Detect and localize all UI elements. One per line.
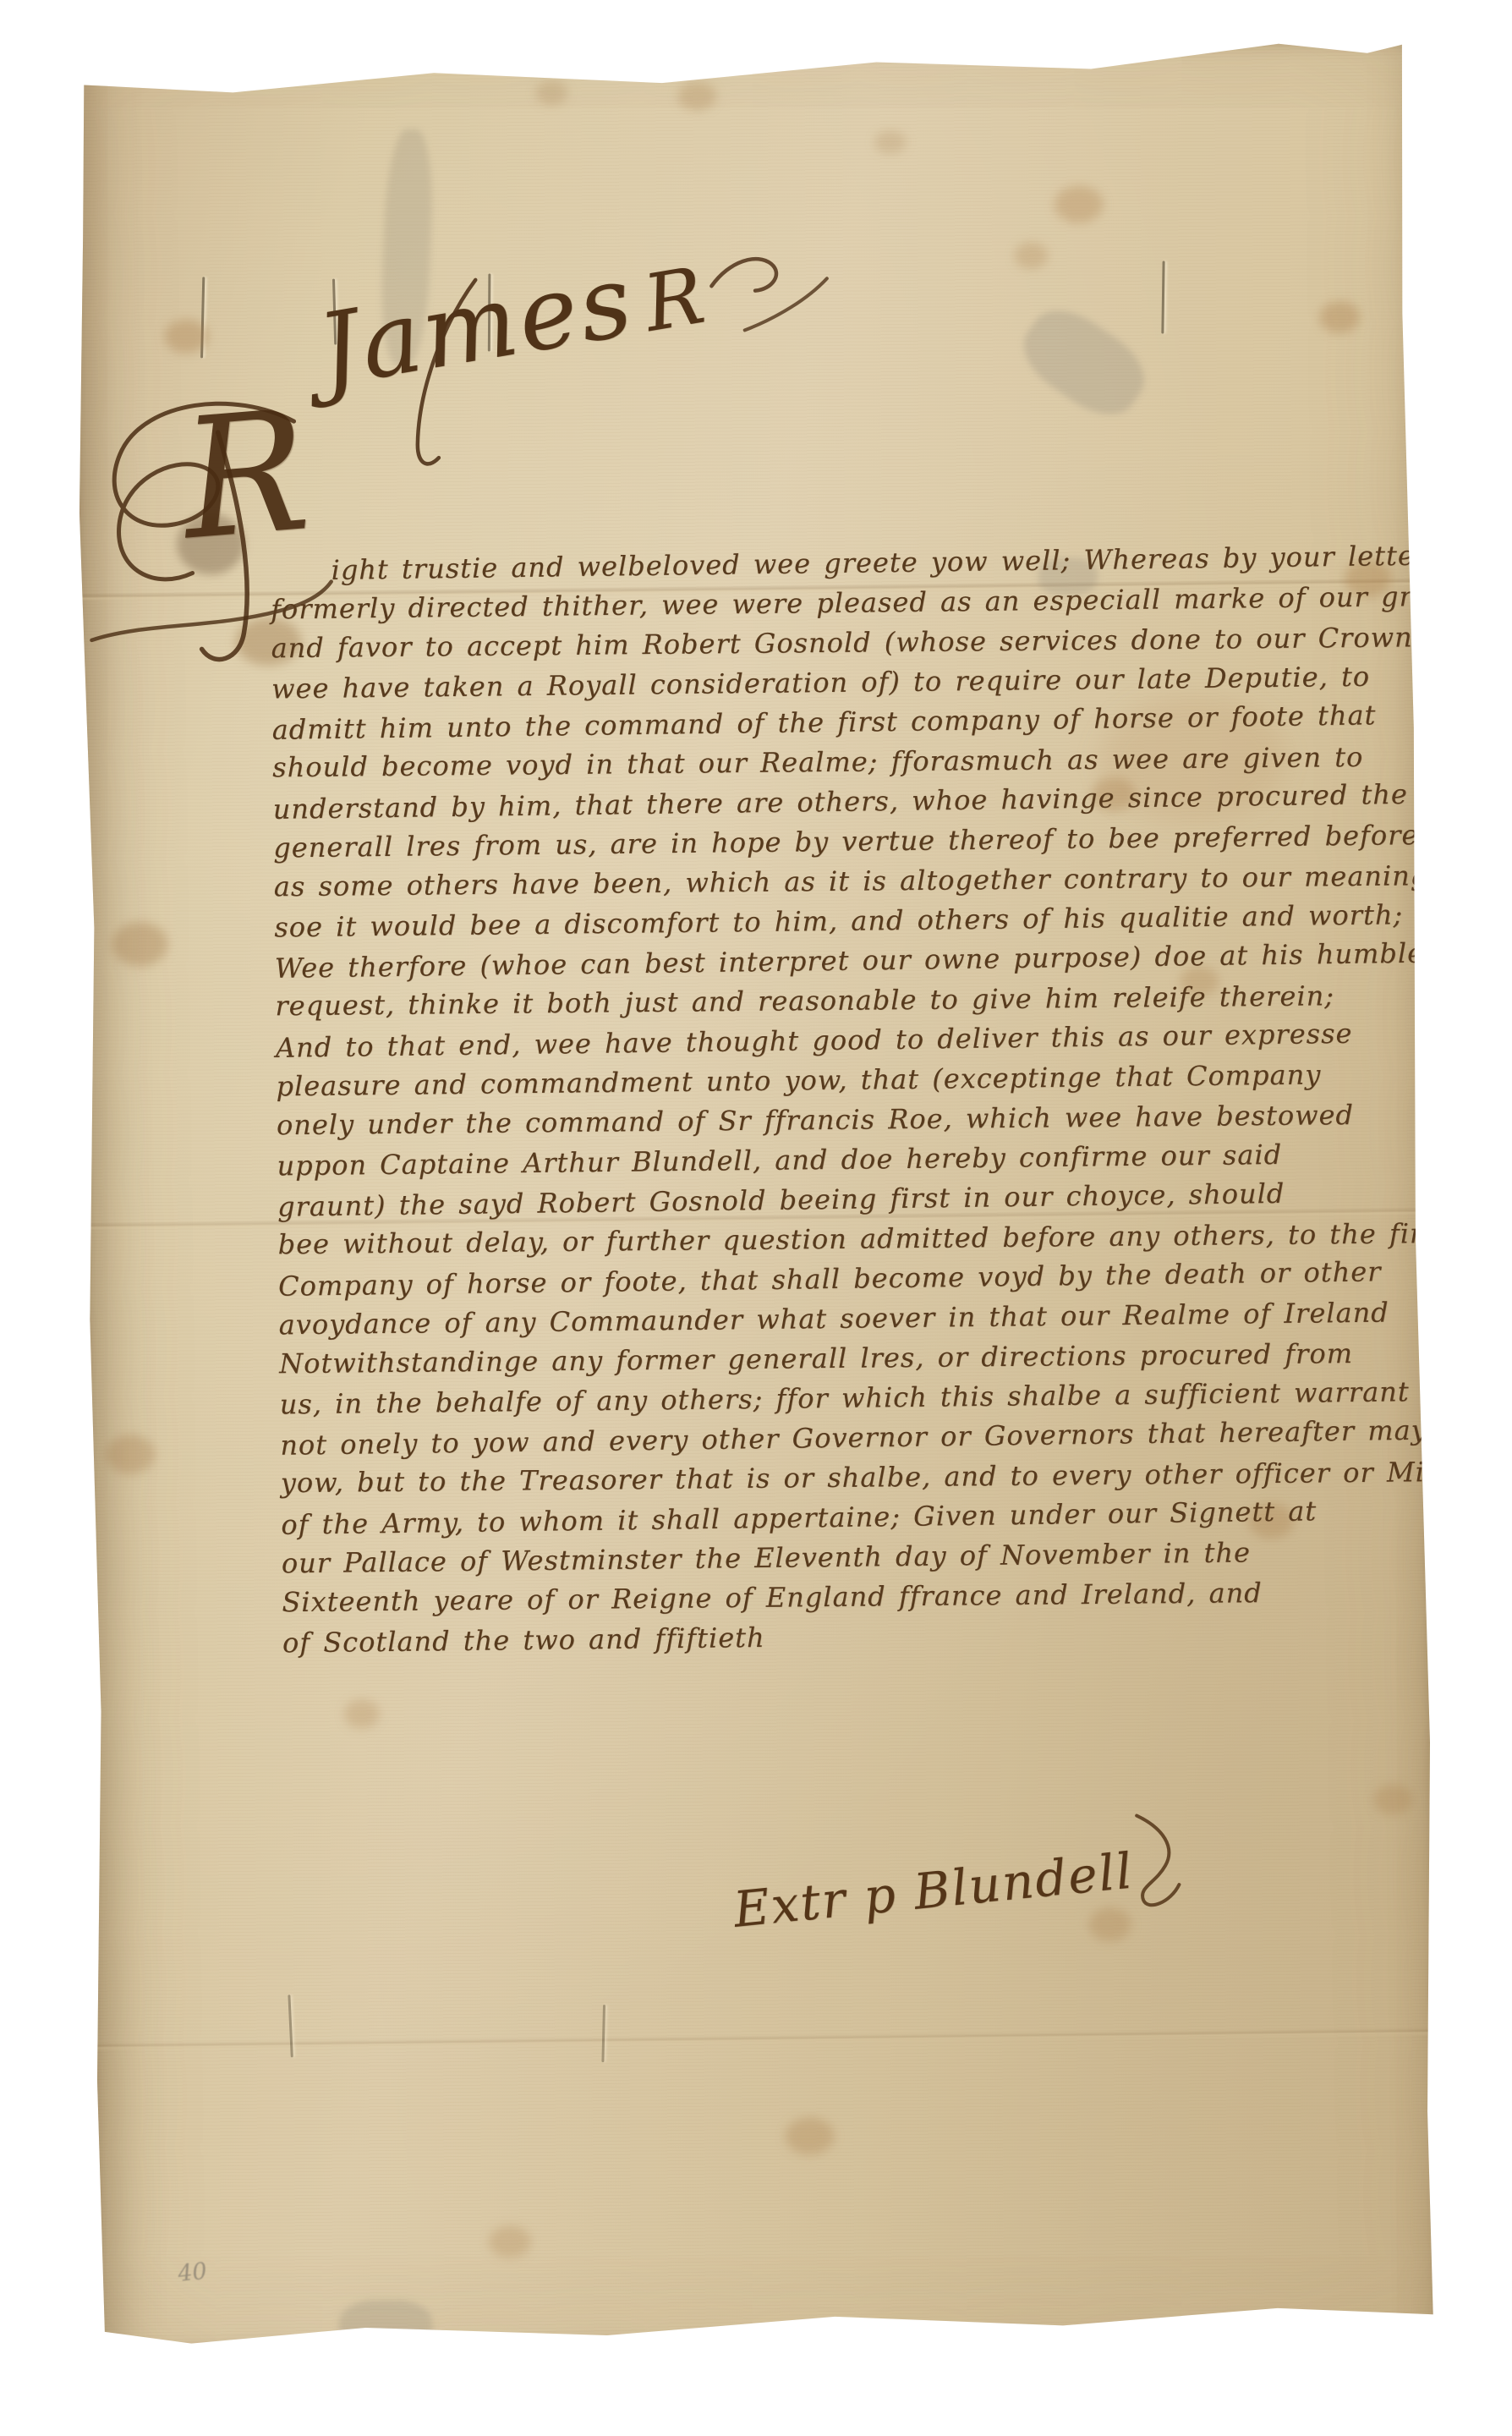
pencil-annotation: 40 — [177, 2258, 209, 2288]
stain — [677, 81, 716, 111]
scan-background: JamesR R ight trustie and welbeloved wee… — [0, 0, 1512, 2436]
manuscript-page: JamesR R ight trustie and welbeloved wee… — [72, 36, 1439, 2357]
signature-paraph: R — [638, 250, 710, 349]
stain — [112, 922, 168, 967]
slit-mark — [200, 277, 205, 358]
stain — [1373, 1784, 1412, 1815]
stain — [535, 80, 567, 105]
clerk-endorsement: Extr p Blundell — [728, 1802, 1197, 1949]
royal-signature: JamesR — [310, 206, 863, 511]
signature-name: James — [310, 241, 642, 409]
slit-mark — [601, 2005, 605, 2062]
stain — [1054, 185, 1103, 223]
stain — [1319, 301, 1360, 334]
stain — [489, 2225, 531, 2258]
slit-mark — [288, 1994, 293, 2057]
slit-mark — [1161, 261, 1164, 333]
endorsement-flourish — [1127, 1802, 1196, 1909]
letter-body: ight trustie and welbeloved wee greete y… — [270, 537, 1416, 1663]
stain — [785, 2117, 834, 2155]
stain — [1014, 242, 1048, 269]
stain — [106, 1435, 156, 1474]
endorsement-text: Extr p Blundell — [731, 1841, 1136, 1938]
fold-crease — [94, 2027, 1435, 2051]
pencil-smudge — [339, 2299, 433, 2356]
stain — [344, 1699, 380, 1728]
drop-cap-letter: R — [177, 388, 315, 563]
stain — [874, 130, 907, 154]
stain — [164, 319, 208, 354]
pencil-smudge — [1011, 295, 1159, 430]
